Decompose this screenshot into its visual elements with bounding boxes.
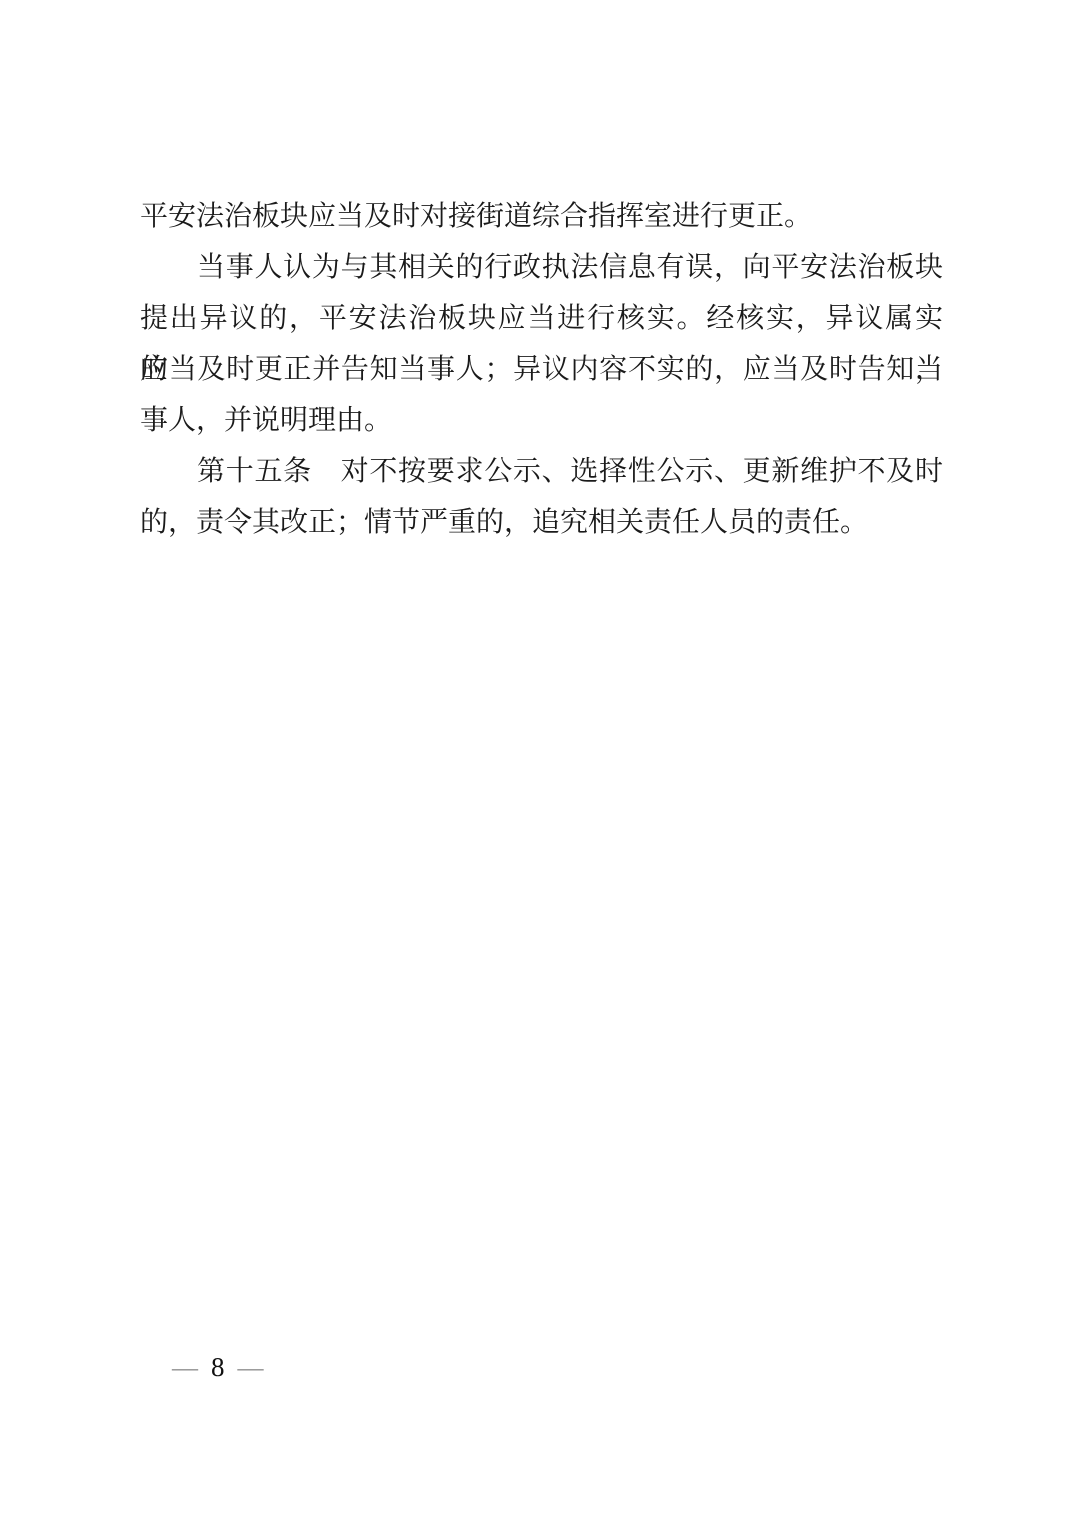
footer-dash-left: —: [172, 1353, 198, 1383]
body-line-4: 应当及时更正并告知当事人；异议内容不实的，应当及时告知当: [140, 344, 943, 395]
body-line-2: 当事人认为与其相关的行政执法信息有误，向平安法治板块: [140, 242, 943, 293]
body-line-5: 事人，并说明理由。: [140, 395, 943, 446]
body-text: 平安法治板块应当及时对接街道综合指挥室进行更正。 当事人认为与其相关的行政执法信…: [140, 191, 943, 548]
body-line-6: 第十五条 对不按要求公示、选择性公示、更新维护不及时: [140, 446, 943, 497]
body-line-3: 提出异议的，平安法治板块应当进行核实。经核实，异议属实的，: [140, 293, 943, 344]
body-line-7: 的，责令其改正；情节严重的，追究相关责任人员的责任。: [140, 497, 943, 548]
footer-page-number: 8: [211, 1352, 225, 1382]
document-page: 平安法治板块应当及时对接街道综合指挥室进行更正。 当事人认为与其相关的行政执法信…: [0, 0, 1074, 1520]
footer-dash-right: —: [238, 1353, 264, 1383]
page-number: — 8 —: [172, 1352, 264, 1383]
body-line-1: 平安法治板块应当及时对接街道综合指挥室进行更正。: [140, 191, 943, 242]
